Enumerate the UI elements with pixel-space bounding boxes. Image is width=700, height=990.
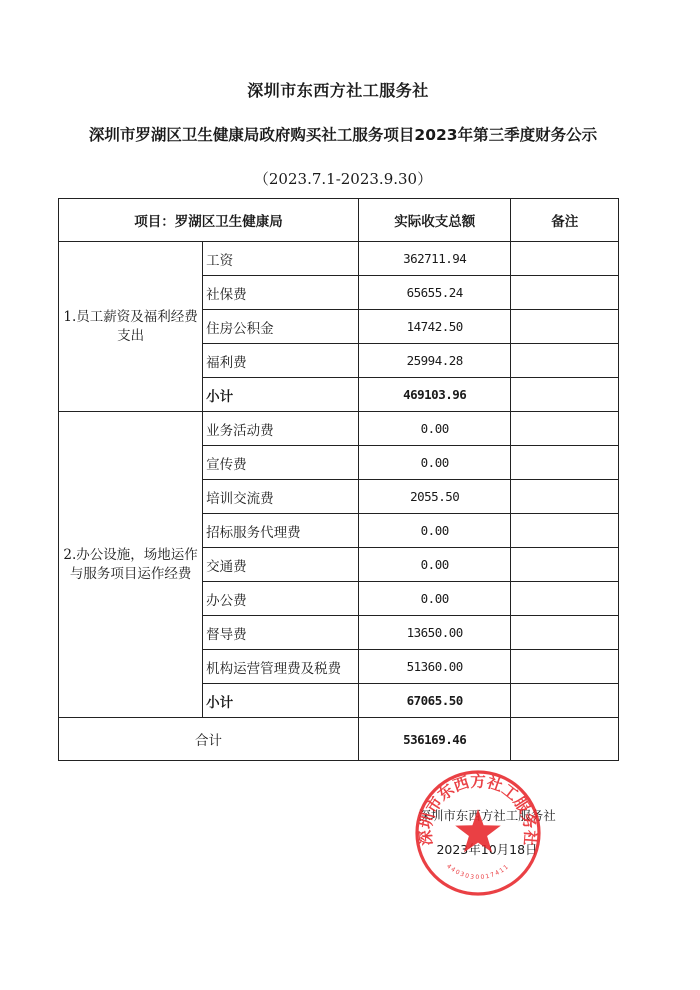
total-amount: 536169.46 xyxy=(358,718,511,761)
seal-code: 4403030017411 xyxy=(445,863,511,881)
item-amount: 0.00 xyxy=(358,412,511,446)
item-note xyxy=(511,582,619,616)
item-amount: 25994.28 xyxy=(358,344,511,378)
item-note xyxy=(511,650,619,684)
item-name: 招标服务代理费 xyxy=(203,514,359,548)
item-amount: 0.00 xyxy=(358,514,511,548)
item-note xyxy=(511,242,619,276)
item-name: 宣传费 xyxy=(203,446,359,480)
total-label: 合计 xyxy=(59,718,359,761)
header-amount: 实际收支总额 xyxy=(358,199,511,242)
item-amount: 51360.00 xyxy=(358,650,511,684)
item-note xyxy=(511,480,619,514)
item-note xyxy=(511,276,619,310)
item-name: 办公费 xyxy=(203,582,359,616)
header-project: 项目：罗湖区卫生健康局 xyxy=(59,199,359,242)
report-period: （2023.7.1-2023.9.30） xyxy=(0,168,686,189)
item-name: 督导费 xyxy=(203,616,359,650)
total-row: 合计 536169.46 xyxy=(59,718,619,761)
item-amount: 0.00 xyxy=(358,548,511,582)
org-title: 深圳市东西方社工服务社 xyxy=(0,78,676,101)
category-cell: 1.员工薪资及福利经费支出 xyxy=(59,242,203,412)
item-name: 业务活动费 xyxy=(203,412,359,446)
subtotal-note xyxy=(511,378,619,412)
table-row: 1.员工薪资及福利经费支出 工资 362711.94 xyxy=(59,242,619,276)
item-note xyxy=(511,616,619,650)
total-note xyxy=(511,718,619,761)
item-name: 福利费 xyxy=(203,344,359,378)
item-name: 培训交流费 xyxy=(203,480,359,514)
item-name: 交通费 xyxy=(203,548,359,582)
subtotal-amount: 67065.50 xyxy=(358,684,511,718)
header-note: 备注 xyxy=(511,199,619,242)
star-icon xyxy=(455,809,501,852)
item-name: 机构运营管理费及税费 xyxy=(203,650,359,684)
item-name: 住房公积金 xyxy=(203,310,359,344)
subtotal-note xyxy=(511,684,619,718)
item-amount: 0.00 xyxy=(358,582,511,616)
item-amount: 13650.00 xyxy=(358,616,511,650)
report-title: 深圳市罗湖区卫生健康局政府购买社工服务项目2023年第三季度财务公示 xyxy=(0,123,686,145)
financial-table: 项目：罗湖区卫生健康局 实际收支总额 备注 1.员工薪资及福利经费支出 工资 3… xyxy=(58,198,619,761)
item-name: 社保费 xyxy=(203,276,359,310)
item-note xyxy=(511,344,619,378)
item-note xyxy=(511,412,619,446)
item-amount: 65655.24 xyxy=(358,276,511,310)
item-amount: 362711.94 xyxy=(358,242,511,276)
category-cell: 2.办公设施，场地运作与服务项目运作经费 xyxy=(59,412,203,718)
table-header-row: 项目：罗湖区卫生健康局 实际收支总额 备注 xyxy=(59,199,619,242)
item-note xyxy=(511,514,619,548)
item-note xyxy=(511,446,619,480)
subtotal-label: 小计 xyxy=(203,684,359,718)
official-seal-icon: 深圳市东西方社工服务社 4403030017411 xyxy=(414,769,542,897)
item-name: 工资 xyxy=(203,242,359,276)
subtotal-amount: 469103.96 xyxy=(358,378,511,412)
item-amount: 2055.50 xyxy=(358,480,511,514)
table-row: 2.办公设施，场地运作与服务项目运作经费 业务活动费 0.00 xyxy=(59,412,619,446)
item-note xyxy=(511,548,619,582)
subtotal-label: 小计 xyxy=(203,378,359,412)
item-amount: 14742.50 xyxy=(358,310,511,344)
item-amount: 0.00 xyxy=(358,446,511,480)
svg-text:4403030017411: 4403030017411 xyxy=(445,863,511,881)
item-note xyxy=(511,310,619,344)
